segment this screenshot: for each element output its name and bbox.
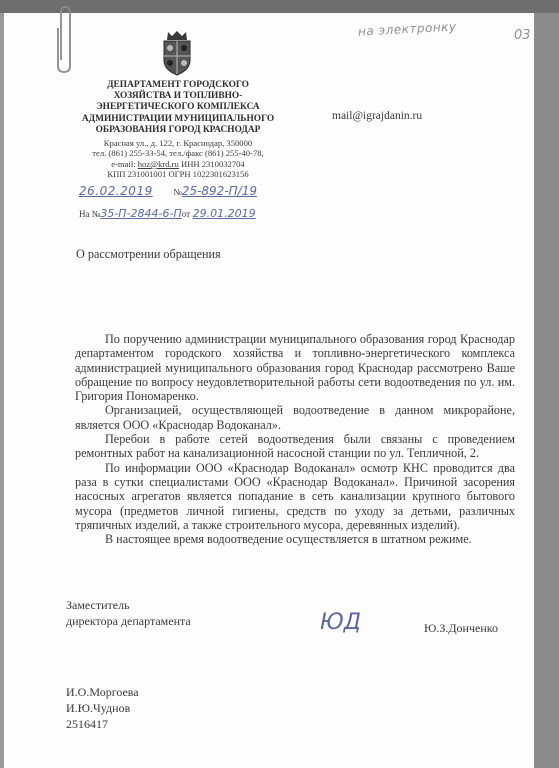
organization-name: ДЕПАРТАМЕНТ ГОРОДСКОГО ХОЗЯЙСТВА И ТОПЛИ…	[62, 80, 294, 136]
letter-body: По поручению администрации муниципальног…	[75, 332, 515, 546]
org-kpp-ogrn: КПП 231001001 ОГРН 1022301623156	[62, 169, 294, 179]
body-paragraph: По информации ООО «Краснодар Водоканал» …	[75, 461, 515, 532]
org-line: ДЕПАРТАМЕНТ ГОРОДСКОГО	[62, 80, 294, 91]
body-paragraph: Организацией, осуществляющей водоотведен…	[75, 403, 515, 432]
executors-block: И.О.Моргоева И.Ю.Чуднов 2516417	[66, 684, 139, 732]
signer-title-line: Заместитель	[66, 597, 191, 613]
reply-to-date: 29.01.2019	[193, 207, 256, 220]
org-line: ЭНЕРГЕТИЧЕСКОГО КОМПЛЕКСА	[62, 102, 294, 113]
registration-number: 25-892-П/19	[182, 184, 257, 198]
krasnodar-coat-of-arms-icon	[160, 30, 194, 76]
signer-title-line: директора департамента	[66, 613, 191, 629]
org-line: ОБРАЗОВАНИЯ ГОРОД КРАСНОДАР	[62, 125, 294, 136]
body-paragraph: По поручению администрации муниципальног…	[75, 332, 515, 403]
executor-name: И.Ю.Чуднов	[66, 700, 139, 716]
letter-subject: О рассмотрении обращения	[76, 247, 221, 262]
number-label: №	[173, 187, 182, 197]
org-email-link[interactable]: hoz@krd.ru	[138, 159, 179, 169]
recipient-email: mail@igrajdanin.ru	[332, 110, 422, 122]
org-line: АДМИНИСТРАЦИИ МУНИЦИПАЛЬНОГО	[62, 114, 294, 125]
handwritten-signature: ЮД	[320, 610, 361, 635]
signer-name: Ю.З.Донченко	[424, 621, 498, 636]
organization-contacts: Красная ул., д. 122, г. Краснодар, 35000…	[62, 138, 294, 180]
reply-to-label: На №	[79, 209, 100, 219]
executor-name: И.О.Моргоева	[66, 684, 139, 700]
org-inn: ИНН 2310032704	[179, 159, 245, 169]
reply-to-number: 35-П-2844-6-П	[100, 207, 181, 220]
registration-line: 26.02.2019 №25-892-П/19	[79, 184, 257, 198]
body-paragraph: Перебои в работе сетей водоотведения был…	[75, 432, 515, 461]
org-phones: тел. (861) 255-33-54, тел./факс (861) 25…	[62, 148, 294, 158]
body-paragraph: В настоящее время водоотведение осуществ…	[75, 532, 515, 546]
paperclip-icon	[52, 6, 74, 74]
registration-date: 26.02.2019	[79, 184, 153, 198]
org-address: Красная ул., д. 122, г. Краснодар, 35000…	[62, 138, 294, 148]
org-line: ХОЗЯЙСТВА И ТОПЛИВНО-	[62, 91, 294, 102]
org-email-line: e-mail: hoz@krd.ru ИНН 2310032704	[62, 159, 294, 169]
signer-position: Заместитель директора департамента	[66, 597, 191, 629]
reply-reference-line: На №35-П-2844-6-Пот 29.01.2019	[79, 207, 256, 220]
from-label: от	[182, 209, 190, 219]
scan-border-right	[533, 13, 559, 768]
handwritten-code: 03	[514, 28, 531, 43]
email-label: e-mail:	[111, 159, 138, 169]
scan-border-top	[0, 0, 559, 13]
executor-phone: 2516417	[66, 716, 139, 732]
